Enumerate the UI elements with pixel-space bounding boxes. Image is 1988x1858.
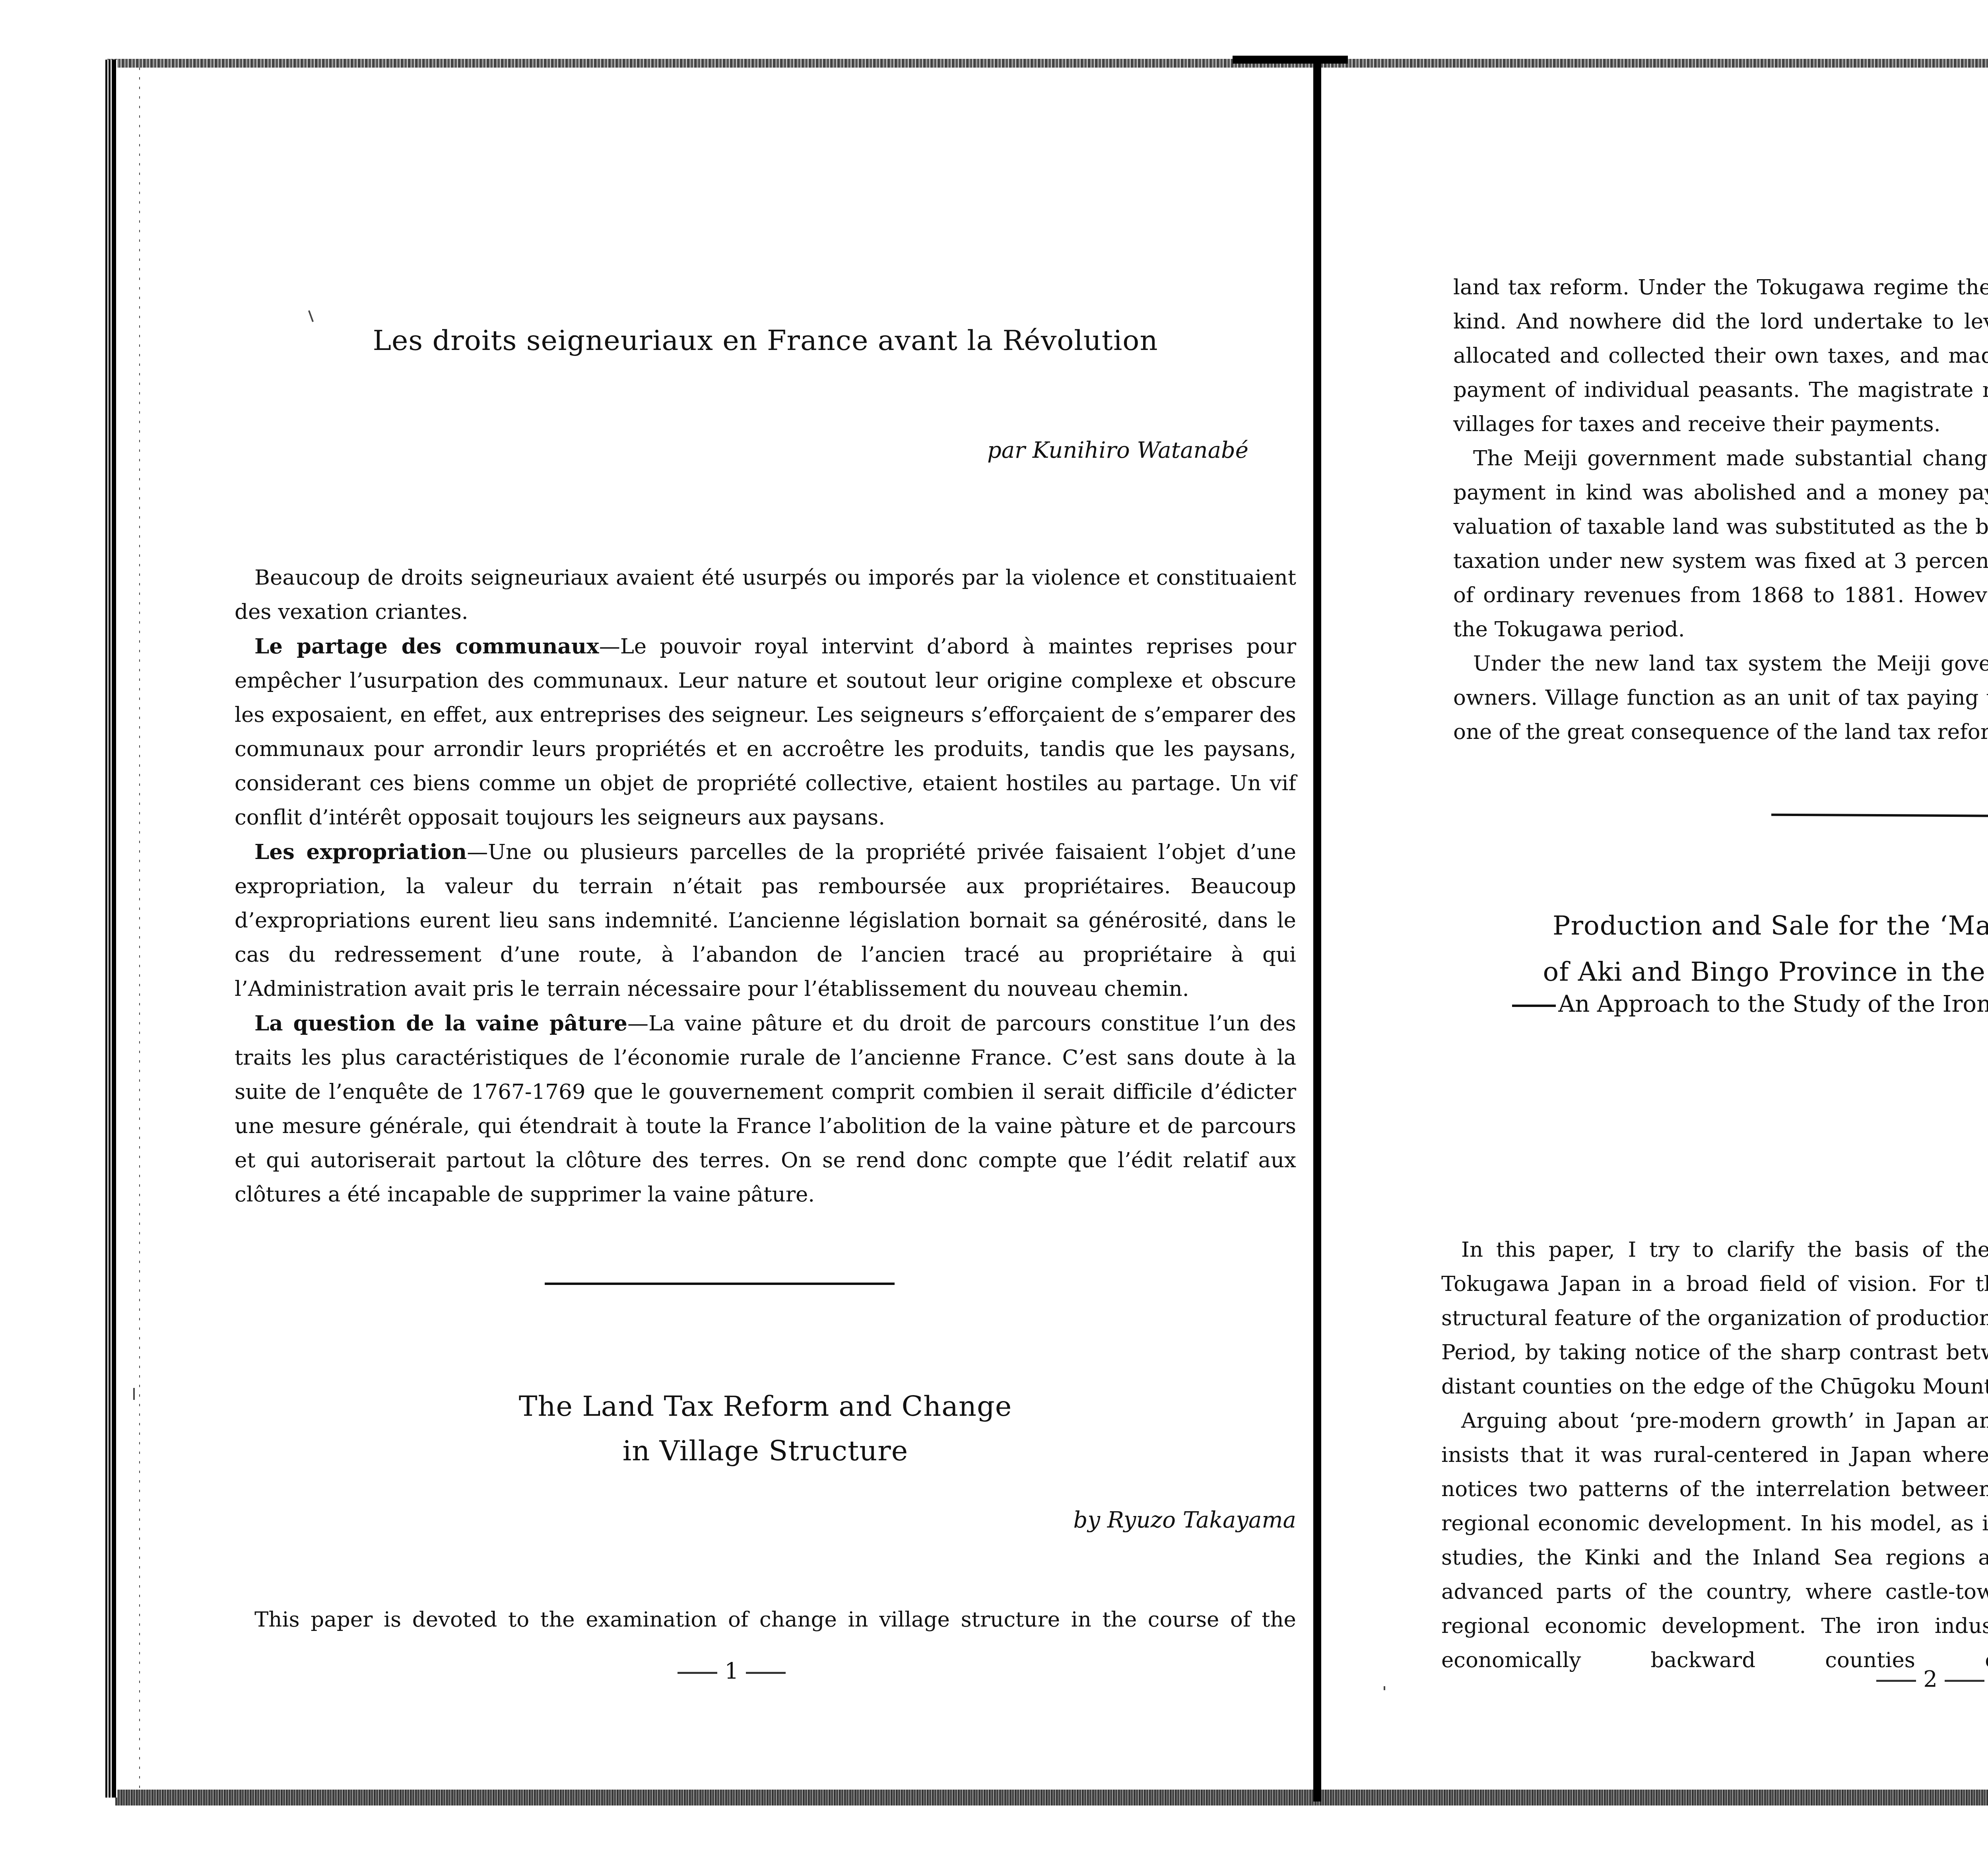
right-page: land tax reform. Under the Tokugawa regi… xyxy=(1322,68,1988,1790)
article1-paragraph: Le partage des communaux—Le pouvoir roya… xyxy=(235,629,1296,835)
article1-paragraph: Beaucoup de droits seigneuriaux avaient … xyxy=(235,561,1296,629)
scan-speck xyxy=(1384,1686,1385,1690)
book-spine xyxy=(1313,60,1321,1802)
paragraph-text: Beaucoup de droits seigneuriaux avaient … xyxy=(235,566,1296,624)
article2-opening: This paper is devoted to the examination… xyxy=(235,1603,1296,1637)
section-divider xyxy=(1771,814,1988,818)
left-book-edge xyxy=(105,60,117,1798)
section-divider xyxy=(545,1283,895,1285)
dash-decoration xyxy=(1876,1680,1916,1682)
left-page-column: Les droits seigneuriaux en France avant … xyxy=(235,68,1296,1790)
spine-top-edge xyxy=(1233,56,1348,64)
continuation-paragraph: The Meiji government made substantial ch… xyxy=(1453,441,1988,647)
paragraph-text: —Le pouvoir royal intervint d’abord à ma… xyxy=(235,634,1296,830)
article2-title-line2: in Village Structure xyxy=(235,1428,1296,1473)
article2-continuation: land tax reform. Under the Tokugawa regi… xyxy=(1453,270,1988,749)
article1-byline: par Kunihiro Watanabé xyxy=(987,437,1248,463)
article1-title: Les droits seigneuriaux en France avant … xyxy=(235,318,1296,363)
article3-body: In this paper, I try to clarify the basi… xyxy=(1441,1233,1988,1677)
continuation-paragraph: land tax reform. Under the Tokugawa regi… xyxy=(1453,270,1988,441)
article1-paragraph: La question de la vaine pâture—La vaine … xyxy=(235,1006,1296,1212)
article3-paragraph: Arguing about ‘pre-modern growth’ in Jap… xyxy=(1441,1404,1988,1677)
article2-title: The Land Tax Reform and Change in Villag… xyxy=(235,1384,1296,1473)
section-heading: Les expropriation xyxy=(254,840,467,864)
dash-decoration xyxy=(1945,1680,1984,1682)
dash-decoration xyxy=(746,1672,786,1674)
dash-decoration xyxy=(1512,1005,1556,1007)
article1-body: Beaucoup de droits seigneuriaux avaient … xyxy=(235,561,1296,1212)
right-page-column: land tax reform. Under the Tokugawa regi… xyxy=(1453,68,1988,1790)
article2-paragraph: This paper is devoted to the examination… xyxy=(235,1603,1296,1637)
page-number-1: 1 xyxy=(652,1658,811,1684)
article3-subtitle: An Approach to the Study of the Iron Ind… xyxy=(1453,990,1988,1017)
continuation-paragraph: Under the new land tax system the Meiji … xyxy=(1453,647,1988,749)
paragraph-text: —La vaine pâture et du droit de parcours… xyxy=(235,1011,1296,1207)
page-number-text: 1 xyxy=(724,1658,739,1684)
article3-subtitle-text: An Approach to the Study of the Iron Ind… xyxy=(1558,990,1988,1017)
page-number-text: 2 xyxy=(1923,1666,1938,1692)
article1-paragraph: Les expropriation—Une ou plusieurs parce… xyxy=(235,835,1296,1006)
article2-byline: by Ryuzo Takayama xyxy=(1074,1507,1296,1533)
left-page: Les droits seigneuriaux en France avant … xyxy=(119,68,1312,1790)
scan-speck xyxy=(133,1388,135,1400)
article3-paragraph: In this paper, I try to clarify the basi… xyxy=(1441,1233,1988,1404)
page-bottom-edge xyxy=(115,1790,1988,1806)
dash-decoration xyxy=(678,1672,717,1674)
section-heading: Le partage des communaux xyxy=(254,634,599,659)
article3-title-line2: of Aki and Bingo Province in the Kasei P… xyxy=(1453,949,1988,995)
article2-title-line1: The Land Tax Reform and Change xyxy=(235,1384,1296,1428)
page-top-edge xyxy=(107,59,1988,68)
section-heading: La question de la vaine pâture xyxy=(254,1011,627,1036)
article3-title: Production and Sale for the ‘Market’ in … xyxy=(1453,903,1988,995)
page-number-2: 2 xyxy=(1851,1666,1988,1692)
article3-title-line1: Production and Sale for the ‘Market’ in … xyxy=(1453,903,1988,949)
